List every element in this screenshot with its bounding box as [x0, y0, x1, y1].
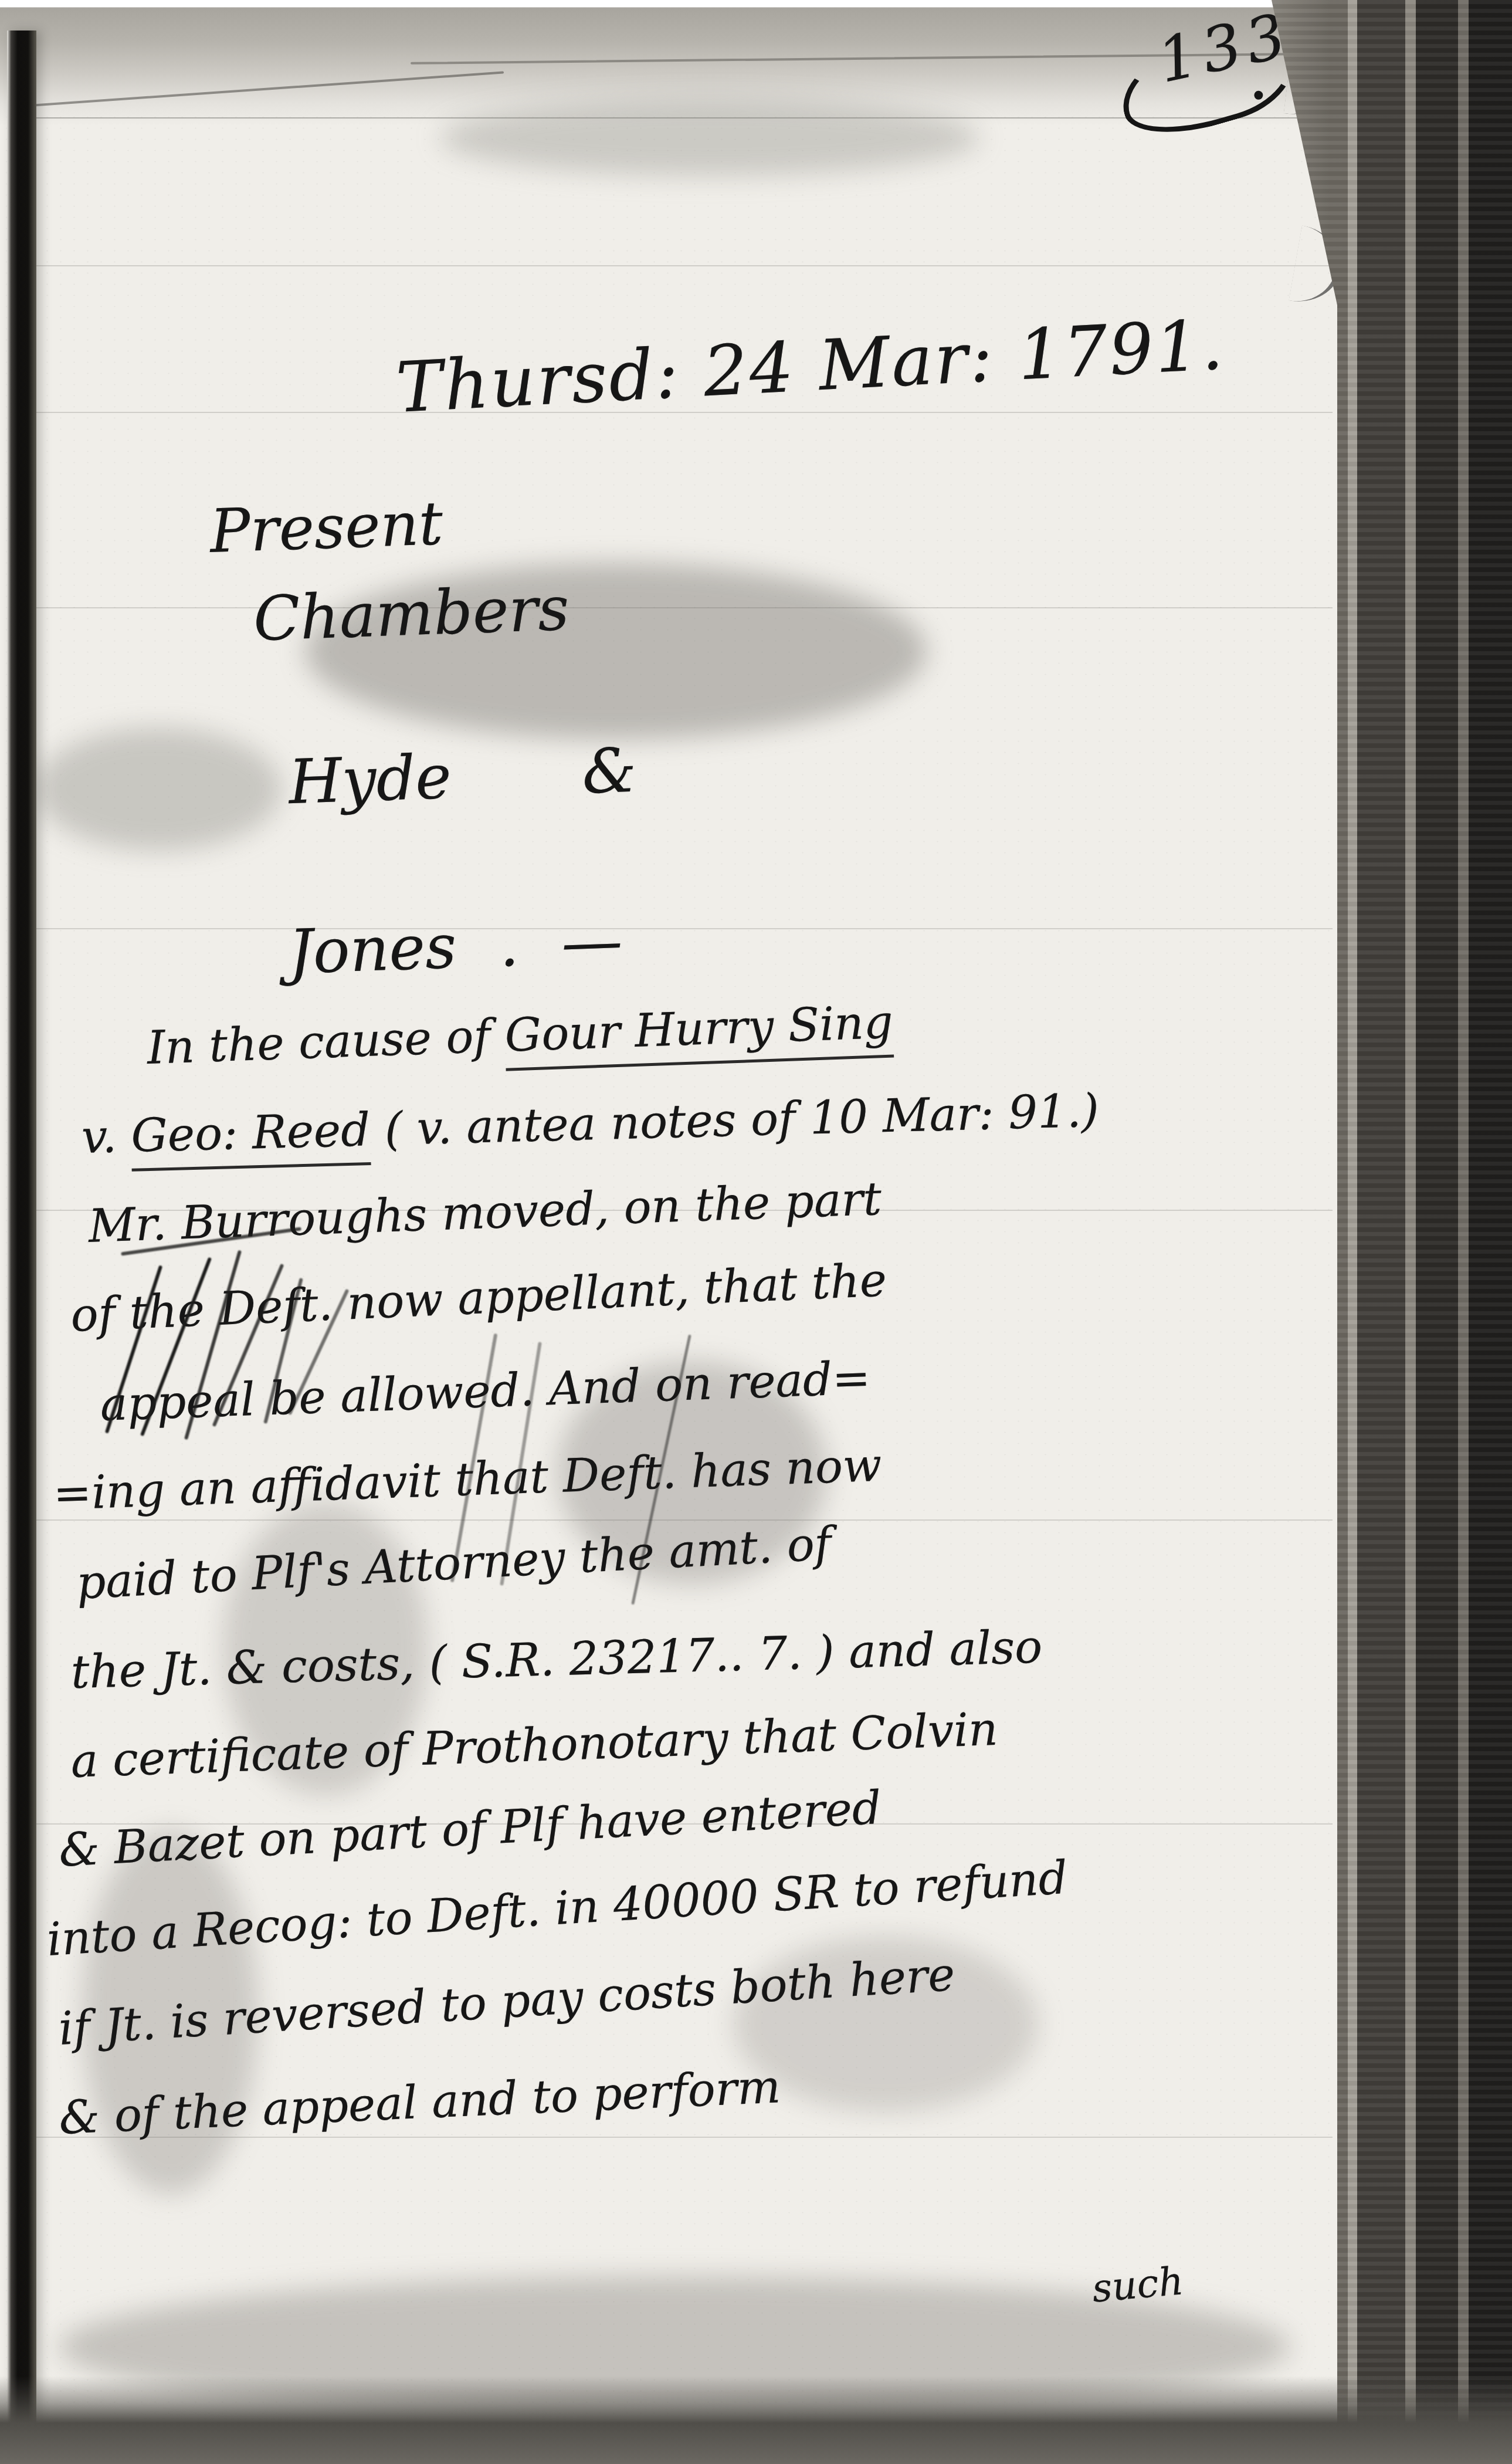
judge-name: Chambers [252, 573, 570, 655]
ruled-line [36, 265, 1333, 266]
ink-bleedthrough-smudge [440, 100, 979, 176]
date-heading: Thursd: 24 Mar: 1791. [394, 304, 1226, 428]
ink-scribble [455, 1332, 701, 1607]
underlined-case-name: Gour Hurry Sing [504, 996, 894, 1071]
judge-name: Hyde & [287, 735, 638, 818]
book-spine-shadow [7, 31, 36, 2464]
line-text: In the cause of [146, 1010, 506, 1075]
manuscript-scan-page: 133 Thursd: 24 Mar: 1791. Present Chambe… [0, 0, 1512, 2464]
underlined-case-name: Geo: Reed [130, 1104, 371, 1172]
ink-bleedthrough-smudge [35, 727, 282, 851]
scribble-stroke [288, 1289, 350, 1416]
scribble-stroke [184, 1250, 242, 1440]
page-bottom-edge-shadow [0, 2376, 1512, 2464]
line-text: v. [81, 1110, 132, 1164]
ink-scribble [120, 1229, 449, 1458]
scribble-stroke [450, 1333, 498, 1583]
scribble-stroke [500, 1342, 542, 1586]
judge-name: Jones . — [287, 905, 623, 988]
scribble-stroke [212, 1264, 284, 1427]
scribble-stroke [631, 1335, 691, 1605]
scribble-stroke [121, 1227, 301, 1255]
scribble-stroke [140, 1257, 212, 1437]
present-label: Present [209, 489, 444, 567]
catchword: such [1090, 2258, 1185, 2311]
ruled-line [36, 928, 1333, 929]
